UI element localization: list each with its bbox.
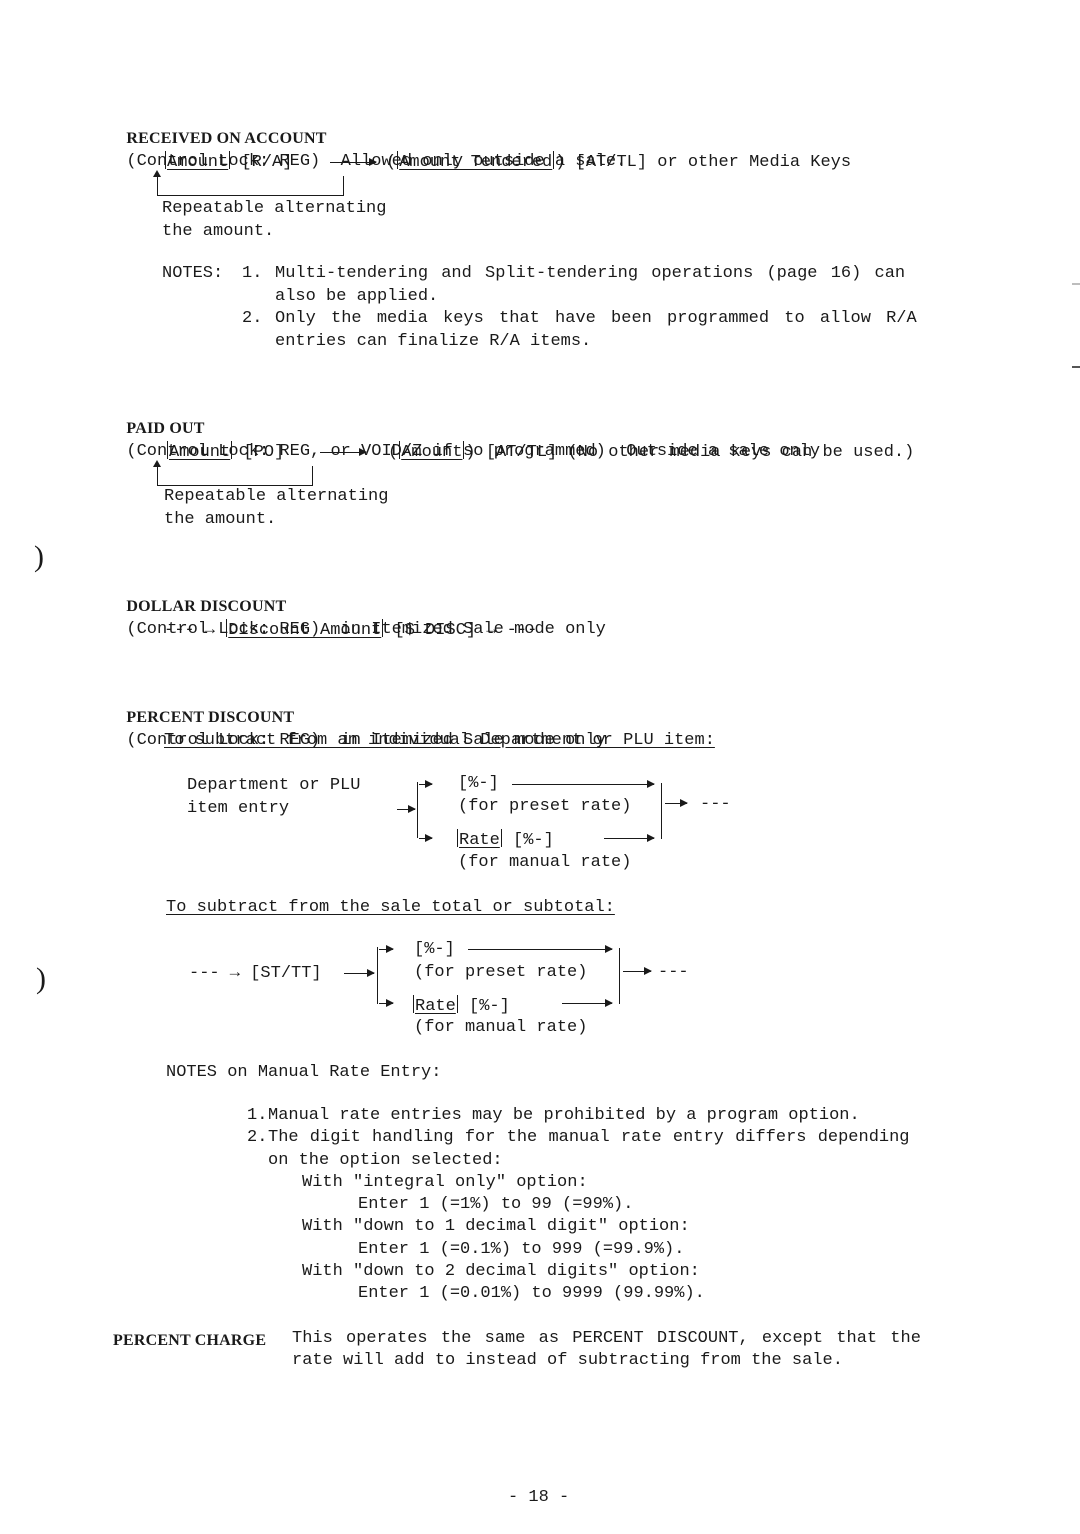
- source-label: Department or PLU: [187, 775, 360, 797]
- loop-note: the amount.: [164, 509, 276, 531]
- arrow-right-icon: [665, 803, 687, 804]
- arrow-right-icon: [419, 838, 432, 839]
- preset-key: [%-]: [458, 773, 499, 795]
- branch-bracket: [377, 947, 378, 1004]
- preset-label: (for preset rate): [414, 962, 587, 984]
- loop-line: [312, 466, 313, 486]
- ra-tail: [AT/TL] or other Media Keys: [576, 153, 851, 172]
- subtotal-lead: --- → [ST/TT]: [189, 963, 322, 985]
- ra-tender-sequence: (Amount Tendered) [AT/TL] or other Media…: [386, 151, 851, 174]
- paren: ): [465, 443, 475, 462]
- scan-mark: [1072, 283, 1080, 285]
- manual-sequence: Rate [%-]: [456, 829, 554, 852]
- loop-note: the amount.: [162, 221, 274, 243]
- note-number: 1.: [242, 263, 262, 285]
- note-text: Manual rate entries may be prohibited by…: [268, 1105, 860, 1127]
- flow-tail: → ---: [486, 621, 537, 640]
- individual-heading: To subtract from an individual Departmen…: [164, 730, 715, 752]
- loop-arrow-up-icon: [157, 466, 158, 486]
- manual-notes-heading: NOTES on Manual Rate Entry:: [166, 1062, 441, 1084]
- flow-lead: --- →: [164, 621, 215, 640]
- entry-bar: [229, 151, 230, 169]
- discount-amount-entry: Discount Amount: [228, 621, 381, 640]
- ra-key: [R/A]: [241, 153, 292, 172]
- arrow-right-icon: [419, 784, 432, 785]
- amount-entry: Amount: [167, 153, 228, 172]
- manual-key: [%-]: [513, 831, 554, 850]
- notes-label: NOTES:: [162, 263, 223, 285]
- arrow-right-icon: [379, 949, 393, 950]
- manual-label: (for manual rate): [414, 1017, 587, 1039]
- note-number: 2.: [247, 1127, 267, 1149]
- merge-bracket: [661, 783, 662, 839]
- manual-label: (for manual rate): [458, 852, 631, 874]
- po-key-sequence: Amount [PO]: [166, 441, 284, 464]
- subtotal-heading: To subtract from the sale total or subto…: [166, 897, 615, 919]
- margin-mark: ): [34, 546, 44, 568]
- section-title: PERCENT DISCOUNT: [126, 709, 294, 726]
- loop-note: Repeatable alternating: [164, 486, 388, 508]
- entry-bar: [165, 151, 166, 169]
- option-with: With "down to 1 decimal digit" option:: [302, 1216, 690, 1238]
- paren: (: [388, 443, 398, 462]
- manual-key: [%-]: [469, 997, 510, 1016]
- arrow-right-icon: [562, 1003, 612, 1004]
- percent-charge-text: rate will add to instead of subtracting …: [292, 1350, 843, 1372]
- flow-tail: ---: [700, 794, 731, 816]
- option-enter: Enter 1 (=0.1%) to 999 (=99.9%).: [358, 1239, 684, 1261]
- source-label: item entry: [187, 798, 289, 820]
- arrow-right-icon: [344, 973, 374, 974]
- note-text: The digit handling for the manual rate e…: [268, 1127, 910, 1149]
- arrow-right-icon: [604, 838, 654, 839]
- margin-mark: ): [36, 968, 46, 990]
- dollar-disc-key: [$ DISC]: [394, 621, 476, 640]
- entry-bar: [167, 441, 168, 459]
- option-enter: Enter 1 (=1%) to 99 (=99%).: [358, 1194, 633, 1216]
- merge-bracket: [619, 948, 620, 1004]
- page-number: - 18 -: [508, 1487, 569, 1509]
- option-with: With "down to 2 decimal digits" option:: [302, 1261, 700, 1283]
- rate-entry: Rate: [459, 831, 500, 850]
- paren: (: [386, 153, 396, 172]
- po-tail: [AT/TL] (No other media keys can be used…: [486, 443, 914, 462]
- loop-line: [343, 176, 344, 196]
- amount-tendered-entry: Amount Tendered: [399, 153, 552, 172]
- note-text: on the option selected:: [268, 1150, 503, 1172]
- dollar-discount-sequence: --- → Discount Amount [$ DISC] → ---: [164, 619, 537, 642]
- arrow-right-icon: [379, 1003, 393, 1004]
- section-title: PAID OUT: [126, 420, 204, 437]
- entry-bar: [457, 995, 458, 1013]
- arrow-right-icon: [623, 971, 651, 972]
- note-text: entries can finalize R/A items.: [275, 331, 591, 353]
- option-with: With "integral only" option:: [302, 1172, 588, 1194]
- scan-mark: [1072, 366, 1080, 368]
- section-title: DOLLAR DISCOUNT: [126, 598, 286, 615]
- entry-bar: [413, 995, 414, 1013]
- arrow-right-icon: [320, 452, 366, 453]
- rate-entry: Rate: [415, 997, 456, 1016]
- entry-bar: [231, 441, 232, 459]
- note-text: also be applied.: [275, 286, 438, 308]
- note-number: 2.: [242, 308, 262, 330]
- amount-entry: Amount: [401, 443, 462, 462]
- arrow-right-icon: [397, 809, 415, 810]
- paren: ): [555, 153, 565, 172]
- entry-bar: [501, 829, 502, 847]
- note-text: Multi-tendering and Split-tendering oper…: [275, 263, 905, 285]
- loop-arrow-up-icon: [157, 176, 158, 196]
- entry-bar: [457, 829, 458, 847]
- po-key: [PO]: [243, 443, 284, 462]
- percent-charge-title: PERCENT CHARGE: [113, 1330, 266, 1352]
- arrow-right-icon: [330, 162, 376, 163]
- flow-tail: ---: [658, 962, 689, 984]
- loop-line: [157, 195, 344, 196]
- arrow-right-icon: [512, 784, 654, 785]
- option-enter: Enter 1 (=0.01%) to 9999 (99.99%).: [358, 1283, 705, 1305]
- preset-label: (for preset rate): [458, 796, 631, 818]
- arrow-right-icon: [468, 949, 612, 950]
- manual-sequence: Rate [%-]: [412, 995, 510, 1018]
- amount-entry: Amount: [169, 443, 230, 462]
- note-number: 1.: [247, 1105, 267, 1127]
- section-title: RECEIVED ON ACCOUNT: [126, 130, 326, 147]
- po-tender-sequence: (Amount) [AT/TL] (No other media keys ca…: [388, 441, 914, 464]
- preset-key: [%-]: [414, 939, 455, 961]
- note-text: Only the media keys that have been progr…: [275, 308, 917, 330]
- loop-note: Repeatable alternating: [162, 198, 386, 220]
- branch-bracket: [417, 782, 418, 838]
- entry-bar: [382, 619, 383, 637]
- percent-charge-text: This operates the same as PERCENT DISCOU…: [292, 1328, 921, 1350]
- ra-key-sequence: Amount [R/A]: [164, 151, 292, 174]
